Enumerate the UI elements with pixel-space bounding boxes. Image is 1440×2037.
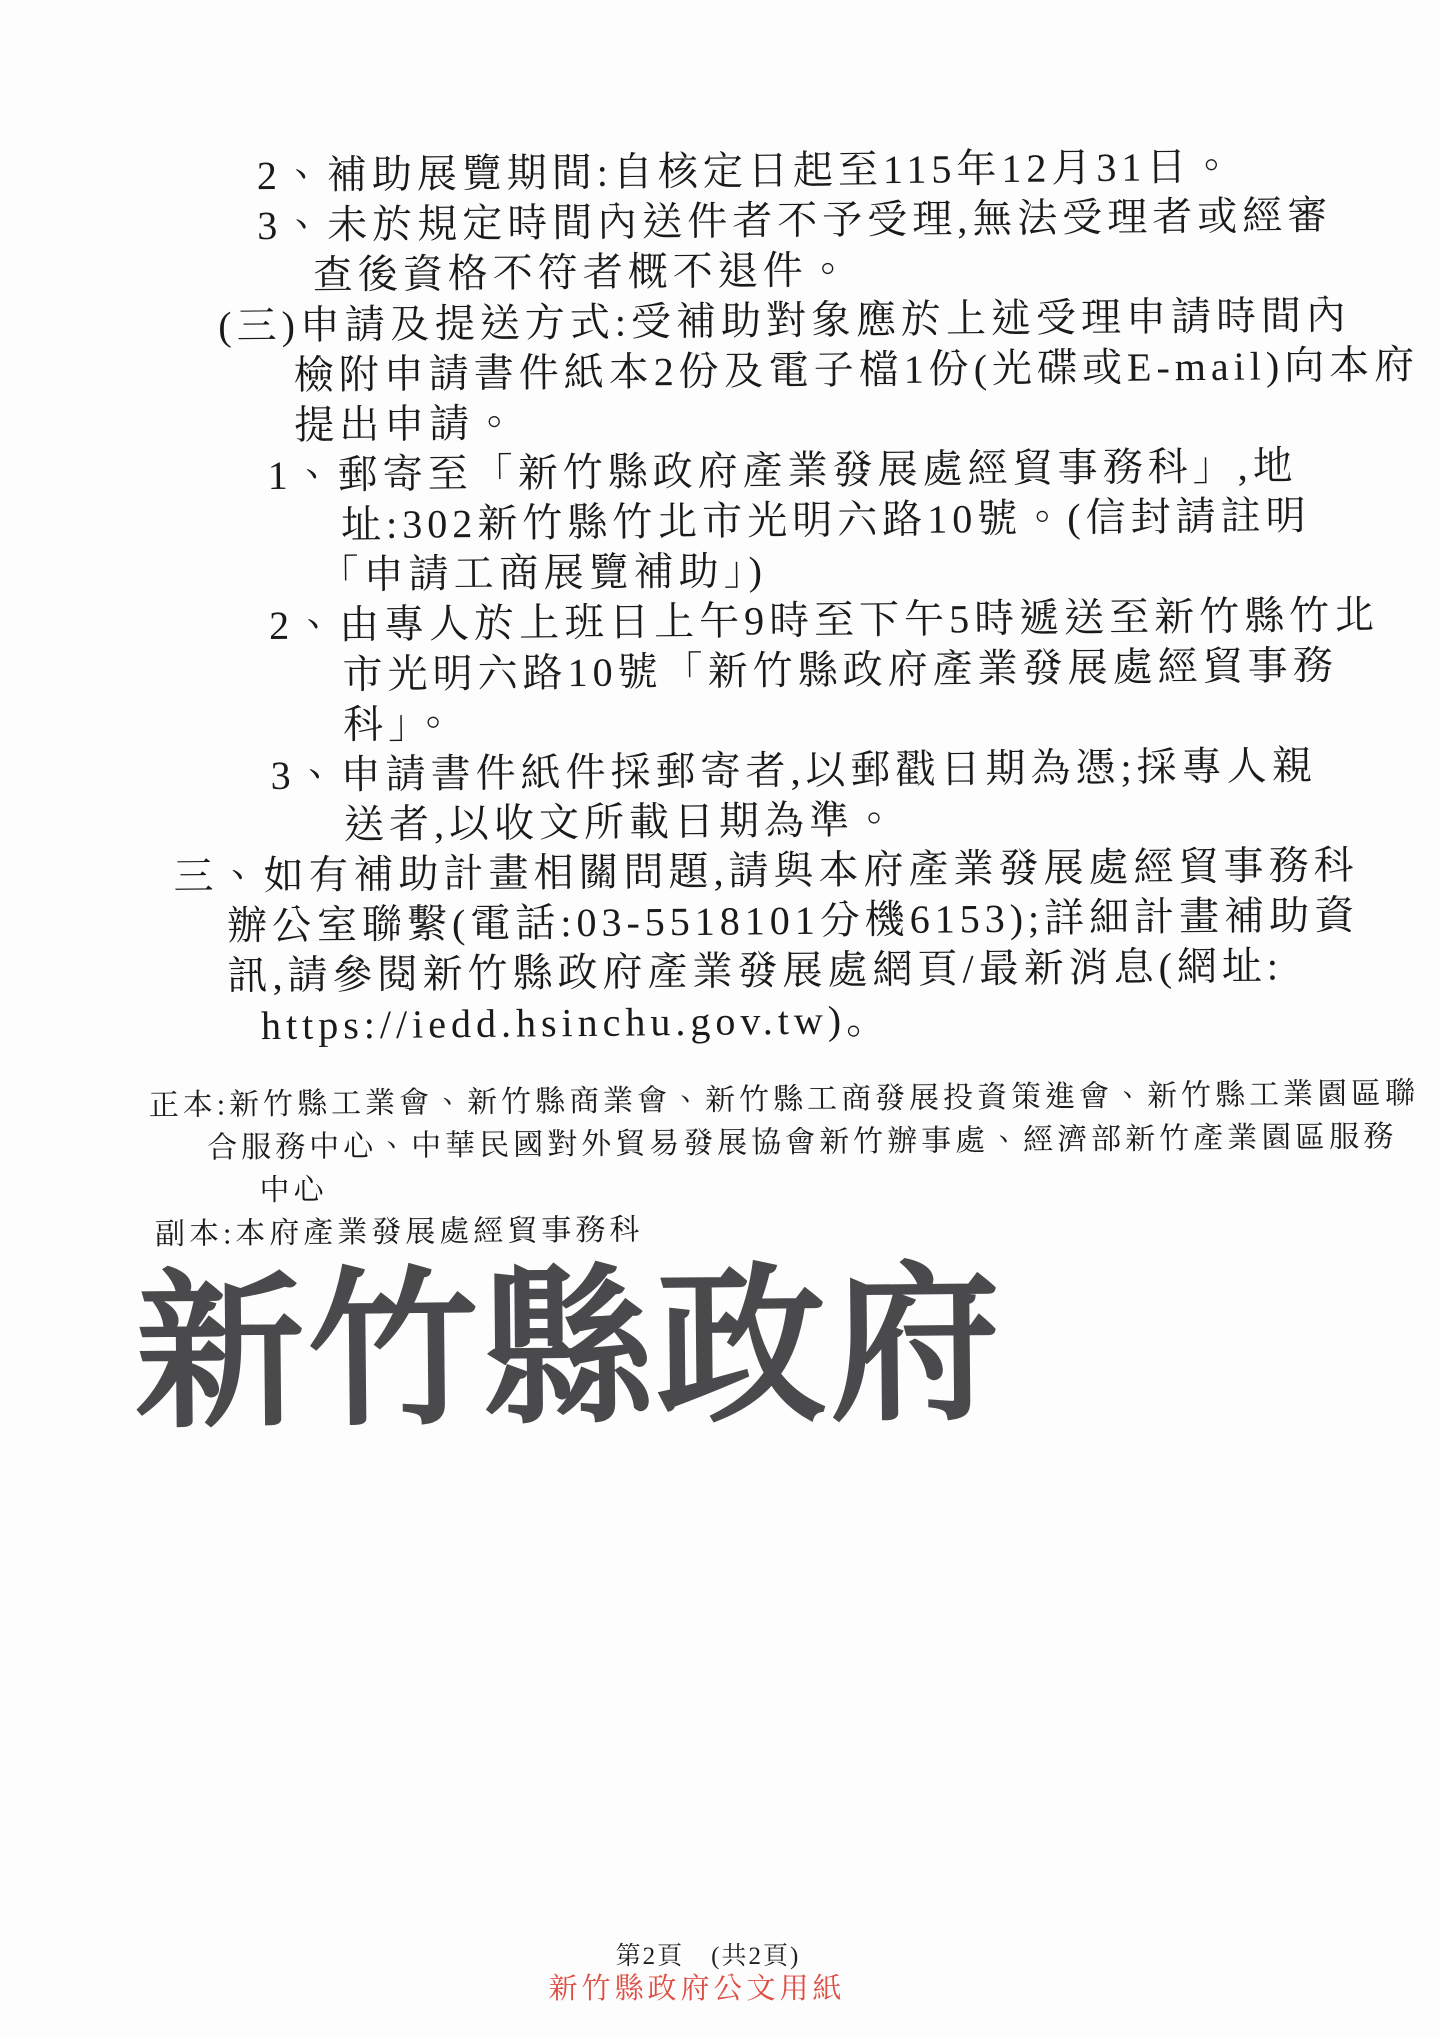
scanned-letter-content: 2、補助展覽期間:自核定日起至115年12月31日。 3、未於規定時間內送件者不… [0,0,1440,2037]
body-text-line: 市光明六路10號「新竹縣政府產業發展處經貿事務 [342,640,1439,701]
document-page: 2、補助展覽期間:自核定日起至115年12月31日。 3、未於規定時間內送件者不… [0,0,1440,2037]
copies-block: 正本:新竹縣工業會、新竹縣商業會、新竹縣工商發展投資策進會、新竹縣工業園區聯 合… [4,1072,1440,1258]
footer-paper-label: 新竹縣政府公文用紙 [0,1966,1417,2007]
agency-title: 新竹縣政府 [133,1241,1005,1459]
body-text-block: 2、補助展覽期間:自核定日起至115年12月31日。 3、未於規定時間內送件者不… [0,140,1440,1054]
body-text-line: https://iedd.hsinchu.gov.tw)。 [261,990,1440,1051]
body-text-line: 址:302新竹縣竹北市光明六路10號。(信封請註明 [341,490,1438,551]
